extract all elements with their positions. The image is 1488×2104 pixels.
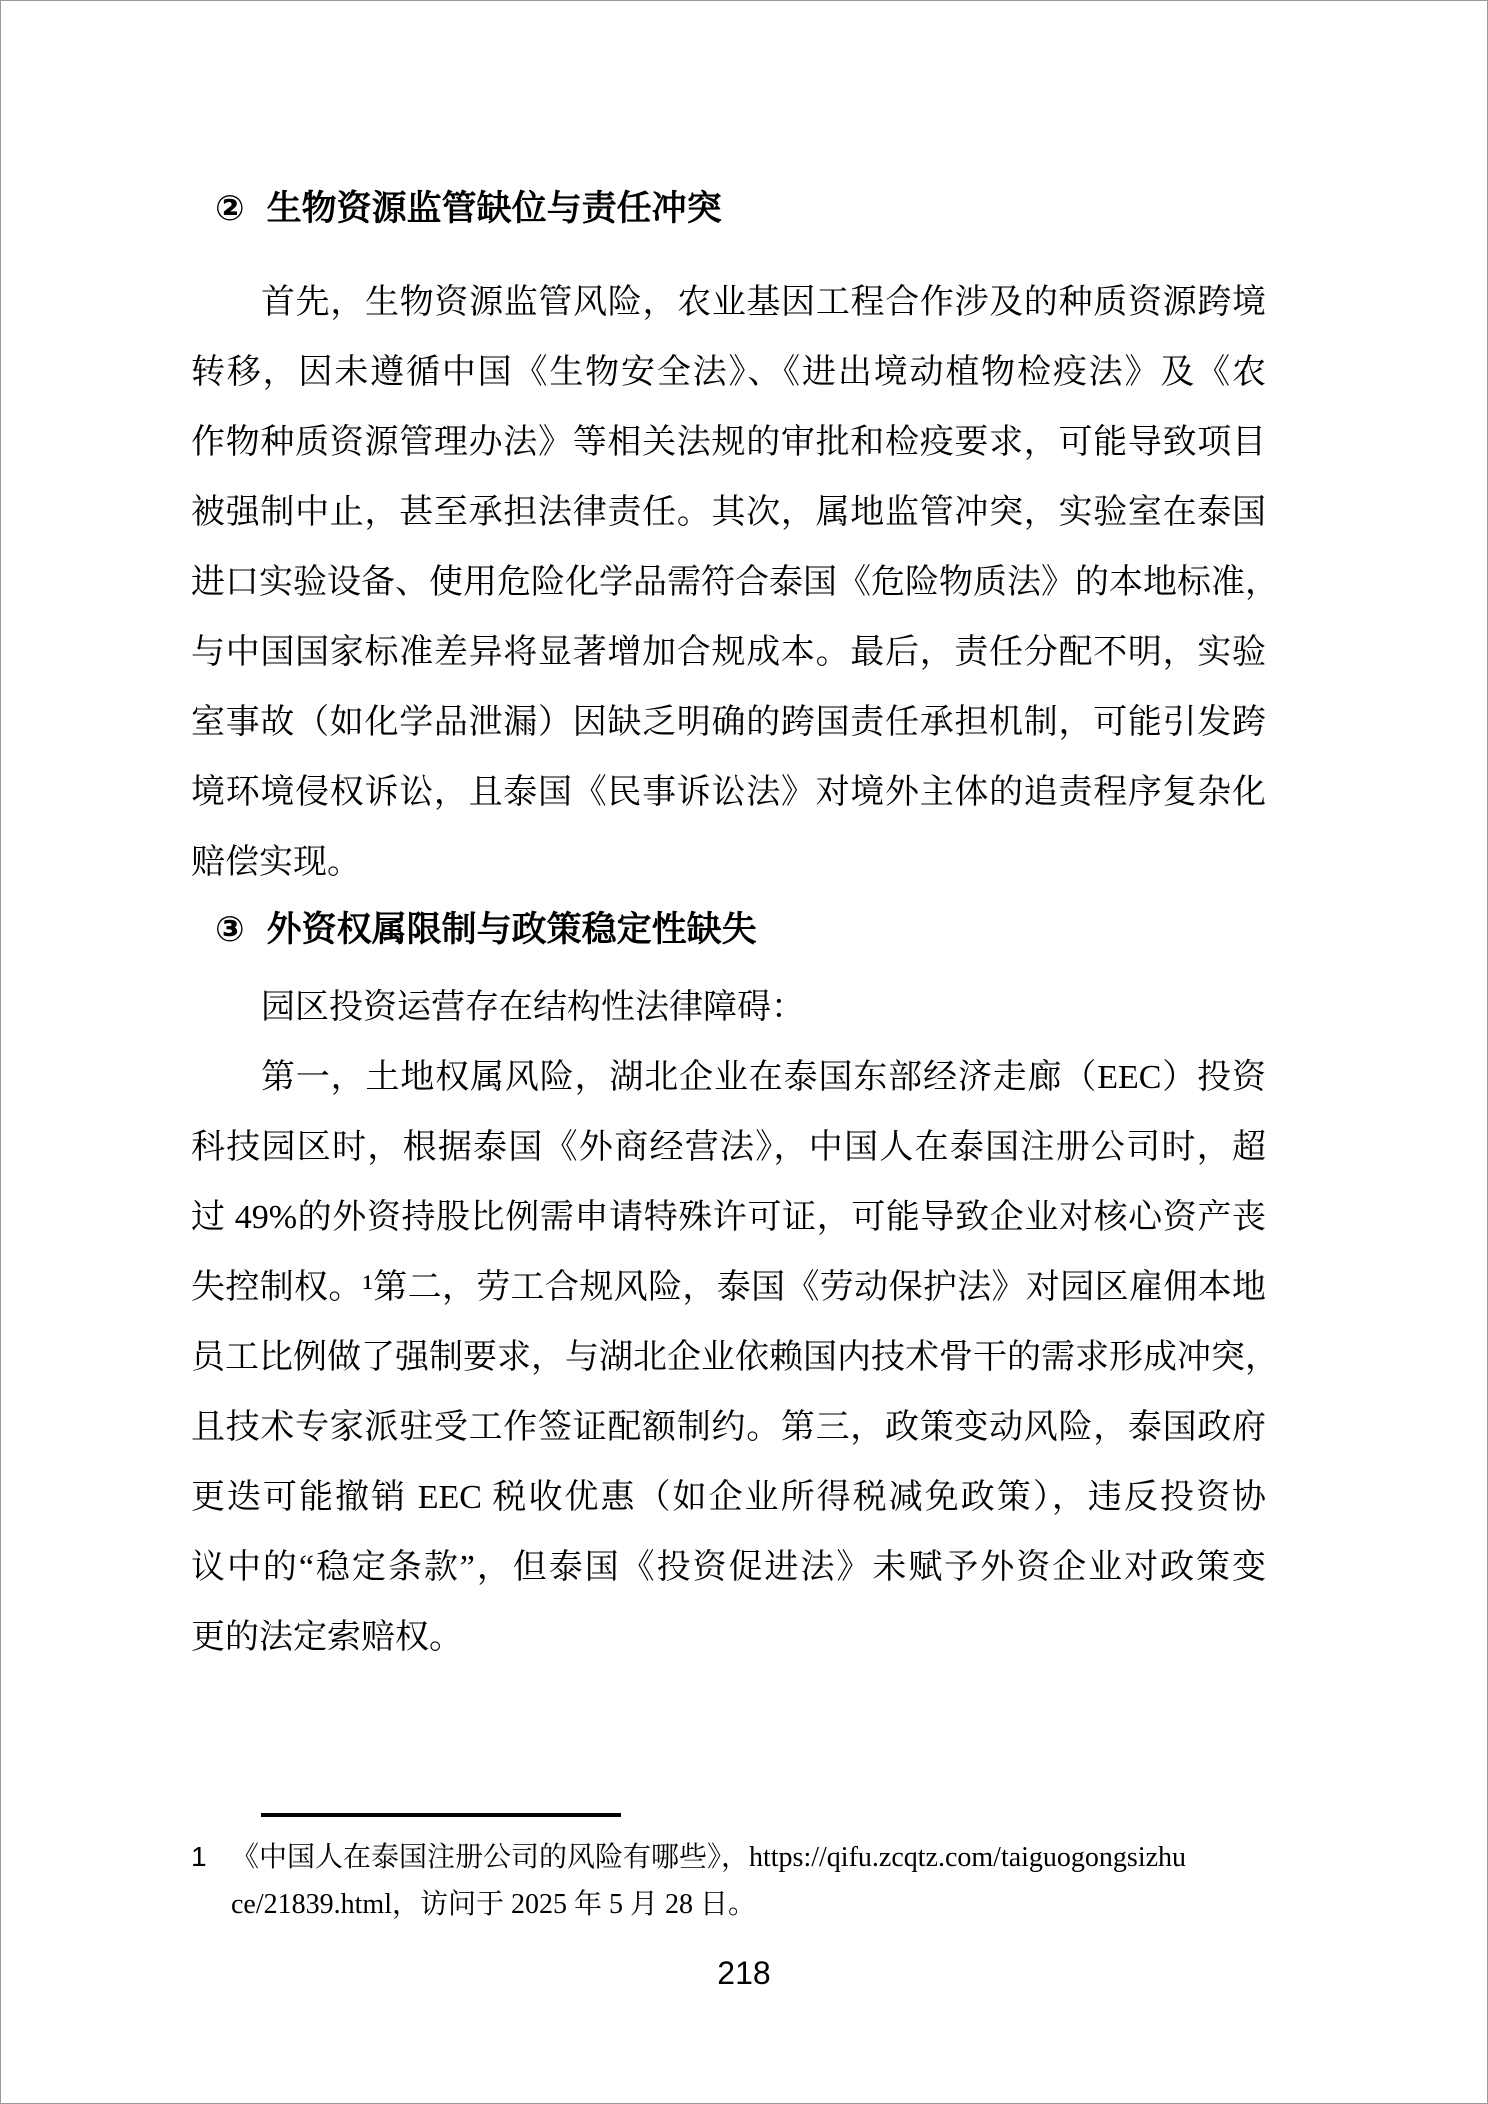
section-heading-2: ②生物资源监管缺位与责任冲突 bbox=[215, 174, 1275, 244]
paragraph-biosecurity: 首先，生物资源监管风险，农业基因工程合作涉及的种质资源跨境 转移，因未遵循中国《… bbox=[191, 268, 1266, 898]
heading-number: ③ bbox=[215, 910, 245, 949]
footnote-line: ce/21839.html，访问于 2025 年 5 月 28 日。 bbox=[191, 1881, 1276, 1929]
heading-number: ② bbox=[215, 189, 245, 228]
page-number: 218 bbox=[1, 1949, 1487, 1997]
text-line: 更迭可能撤销 EEC 税收优惠（如企业所得税减免政策），违反投资协 bbox=[191, 1463, 1266, 1533]
paragraph-ownership: 第一，土地权属风险，湖北企业在泰国东部经济走廊（EEC）投资 科技园区时，根据泰… bbox=[191, 1043, 1266, 1673]
text-line: 失控制权。¹第二，劳工合规风险，泰国《劳动保护法》对园区雇佣本地 bbox=[191, 1253, 1266, 1323]
footnote-line: 1《中国人在泰国注册公司的风险有哪些》，https://qifu.zcqtz.c… bbox=[191, 1833, 1276, 1881]
text-line: 境环境侵权诉讼，且泰国《民事诉讼法》对境外主体的追责程序复杂化 bbox=[191, 758, 1266, 828]
text-line: 室事故（如化学品泄漏）因缺乏明确的跨国责任承担机制，可能引发跨 bbox=[191, 688, 1266, 758]
text-line: 第一，土地权属风险，湖北企业在泰国东部经济走廊（EEC）投资 bbox=[191, 1043, 1266, 1113]
footnote-text: 《中国人在泰国注册公司的风险有哪些》，https://qifu.zcqtz.co… bbox=[231, 1842, 1186, 1873]
text-line: 且技术专家派驻受工作签证配额制约。第三，政策变动风险，泰国政府 bbox=[191, 1393, 1266, 1463]
document-page: ②生物资源监管缺位与责任冲突 首先，生物资源监管风险，农业基因工程合作涉及的种质… bbox=[0, 0, 1488, 2104]
text-line: 科技园区时，根据泰国《外商经营法》，中国人在泰国注册公司时，超 bbox=[191, 1113, 1266, 1183]
text-line: 作物种质资源管理办法》等相关法规的审批和检疫要求，可能导致项目 bbox=[191, 408, 1266, 478]
text-line: 过 49%的外资持股比例需申请特殊许可证，可能导致企业对核心资产丧 bbox=[191, 1183, 1266, 1253]
text-line: 与中国国家标准差异将显著增加合规成本。最后，责任分配不明，实验 bbox=[191, 618, 1266, 688]
section-heading-3: ③外资权属限制与政策稳定性缺失 bbox=[215, 895, 1275, 965]
text-line: 员工比例做了强制要求，与湖北企业依赖国内技术骨干的需求形成冲突， bbox=[191, 1323, 1266, 1393]
text-line: 议中的“稳定条款”，但泰国《投资促进法》未赋予外资企业对政策变 bbox=[191, 1533, 1266, 1603]
text-line: 转移，因未遵循中国《生物安全法》、《进出境动植物检疫法》及《农 bbox=[191, 338, 1266, 408]
footnote-separator bbox=[261, 1813, 621, 1817]
text-line: 首先，生物资源监管风险，农业基因工程合作涉及的种质资源跨境 bbox=[191, 268, 1266, 338]
text-line: 园区投资运营存在结构性法律障碍： bbox=[191, 973, 1266, 1043]
text-line: 更的法定索赔权。 bbox=[191, 1603, 1266, 1673]
text-line: 被强制中止，甚至承担法律责任。其次，属地监管冲突，实验室在泰国 bbox=[191, 478, 1266, 548]
footnote-marker: 1 bbox=[191, 1833, 231, 1881]
heading-title: 外资权属限制与政策稳定性缺失 bbox=[267, 910, 757, 949]
text-line: 进口实验设备、使用危险化学品需符合泰国《危险物质法》的本地标准， bbox=[191, 548, 1266, 618]
paragraph-intro: 园区投资运营存在结构性法律障碍： bbox=[191, 973, 1266, 1043]
heading-title: 生物资源监管缺位与责任冲突 bbox=[267, 189, 722, 228]
footnote: 1《中国人在泰国注册公司的风险有哪些》，https://qifu.zcqtz.c… bbox=[191, 1833, 1276, 1929]
text-line: 赔偿实现。 bbox=[191, 828, 1266, 898]
